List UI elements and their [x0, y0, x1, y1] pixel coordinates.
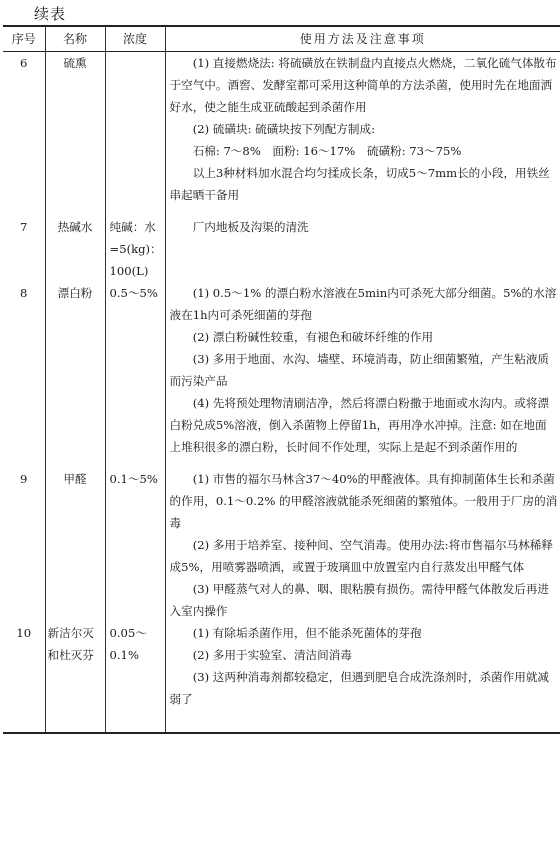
table-continued-title: 续表 [34, 3, 66, 24]
row-name: 新洁尔灭和杜灭芬 [45, 622, 105, 733]
header-number: 序号 [3, 26, 45, 52]
disinfectant-table: 序号 名称 浓度 使用方法及注意事项 6 硫熏 (1) 直接燃烧法: 将硫磺放在… [3, 25, 560, 734]
header-name: 名称 [45, 26, 105, 52]
row-concentration [105, 52, 165, 217]
row-name: 甲醛 [45, 468, 105, 622]
usage-paragraph: (2) 漂白粉碱性较重，有褪色和破坏纤维的作用 [170, 326, 559, 348]
usage-paragraph: (2) 硫磺块: 硫磺块按下列配方制成: [170, 118, 559, 140]
row-name: 硫熏 [45, 52, 105, 217]
row-number: 8 [3, 282, 45, 468]
usage-paragraph: 厂内地板及沟渠的清洗 [170, 216, 559, 238]
row-number: 6 [3, 52, 45, 217]
header-row: 序号 名称 浓度 使用方法及注意事项 [3, 26, 560, 52]
usage-paragraph: (2) 多用于培养室、接种间、空气消毒。使用办法:将市售福尔马林稀释成5%，用喷… [170, 534, 559, 578]
row-name: 热碱水 [45, 216, 105, 282]
row-usage: (1) 0.5～1% 的漂白粉水溶液在5min内可杀死大部分细菌。5%的水溶液在… [165, 282, 560, 468]
usage-paragraph: (3) 甲醛蒸气对人的鼻、咽、眼粘膜有损伤。需待甲醛气体散发后再进入室内操作 [170, 578, 559, 622]
row-usage: (1) 有除垢杀菌作用，但不能杀死菌体的芽孢 (2) 多用于实验室、清洁间消毒 … [165, 622, 560, 733]
row-number: 9 [3, 468, 45, 622]
row-concentration: 0.1～5% [105, 468, 165, 622]
usage-paragraph: (4) 先将预处理物清刷洁净，然后将漂白粉撒于地面或水沟内。或将漂白粉兑成5%溶… [170, 392, 559, 458]
usage-paragraph: (3) 这两种消毒剂都较稳定，但遇到肥皂合成洗涤剂时，杀菌作用就减弱了 [170, 666, 559, 710]
table-row: 9 甲醛 0.1～5% (1) 市售的福尔马林含37～40%的甲醛液体。具有抑制… [3, 468, 560, 622]
row-number: 10 [3, 622, 45, 733]
row-usage: (1) 市售的福尔马林含37～40%的甲醛液体。具有抑制菌体生长和杀菌的作用，0… [165, 468, 560, 622]
usage-paragraph: 石棉: 7～8% 面粉: 16～17% 硫磺粉: 73～75% [170, 140, 559, 162]
usage-paragraph: (3) 多用于地面、水沟、墙壁、环境消毒，防止细菌繁殖，产生粘液质而污染产品 [170, 348, 559, 392]
table-row: 8 漂白粉 0.5～5% (1) 0.5～1% 的漂白粉水溶液在5min内可杀死… [3, 282, 560, 468]
table-row: 6 硫熏 (1) 直接燃烧法: 将硫磺放在铁制盘内直接点火燃烧，二氧化硫气体散布… [3, 52, 560, 217]
usage-paragraph: (1) 有除垢杀菌作用，但不能杀死菌体的芽孢 [170, 622, 559, 644]
row-usage: 厂内地板及沟渠的清洗 [165, 216, 560, 282]
header-usage: 使用方法及注意事项 [165, 26, 560, 52]
table-row: 7 热碱水 纯碱：水=5(kg)：100(L) 厂内地板及沟渠的清洗 [3, 216, 560, 282]
usage-paragraph: (2) 多用于实验室、清洁间消毒 [170, 644, 559, 666]
row-number: 7 [3, 216, 45, 282]
row-concentration: 0.5～5% [105, 282, 165, 468]
usage-paragraph: 以上3种材料加水混合均匀揉成长条，切成5～7mm长的小段，用铁丝串起晒干备用 [170, 162, 559, 206]
table-row: 10 新洁尔灭和杜灭芬 0.05～0.1% (1) 有除垢杀菌作用，但不能杀死菌… [3, 622, 560, 733]
row-concentration: 纯碱：水=5(kg)：100(L) [105, 216, 165, 282]
row-concentration: 0.05～0.1% [105, 622, 165, 733]
usage-paragraph: (1) 直接燃烧法: 将硫磺放在铁制盘内直接点火燃烧，二氧化硫气体散布于空气中。… [170, 52, 559, 118]
header-concentration: 浓度 [105, 26, 165, 52]
usage-paragraph: (1) 0.5～1% 的漂白粉水溶液在5min内可杀死大部分细菌。5%的水溶液在… [170, 282, 559, 326]
usage-paragraph: (1) 市售的福尔马林含37～40%的甲醛液体。具有抑制菌体生长和杀菌的作用，0… [170, 468, 559, 534]
row-name: 漂白粉 [45, 282, 105, 468]
row-usage: (1) 直接燃烧法: 将硫磺放在铁制盘内直接点火燃烧，二氧化硫气体散布于空气中。… [165, 52, 560, 217]
